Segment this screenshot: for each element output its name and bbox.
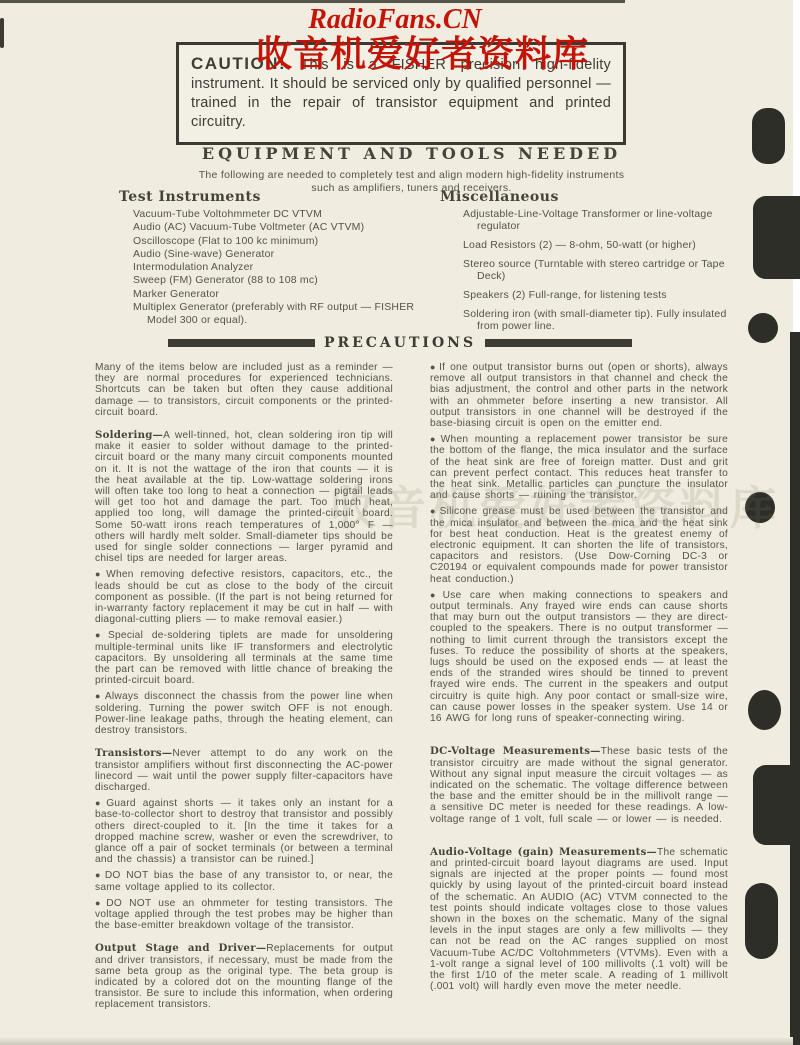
- bullet-icon: ●: [95, 630, 105, 640]
- list-item: Speakers (2) Full-range, for listening t…: [463, 289, 735, 301]
- paragraph: Many of the items below are included jus…: [95, 362, 393, 418]
- rule-right: [485, 339, 632, 347]
- scan-edge-right: [790, 332, 800, 1045]
- list-item: Sweep (FM) Generator (88 to 108 mc): [133, 274, 428, 287]
- paragraph: Output Stage and Driver—Replacements for…: [95, 943, 393, 1010]
- binder-mark: [752, 108, 785, 164]
- paragraph-lead: Transistors—: [95, 747, 172, 759]
- list-item: Intermodulation Analyzer: [133, 261, 428, 274]
- test-instruments-heading: Test Instruments: [119, 189, 261, 205]
- bullet-icon: ●: [430, 362, 436, 372]
- bullet-icon: ●: [95, 898, 103, 908]
- bullet-icon: ●: [95, 569, 103, 579]
- paragraph-lead: DC-Voltage Measurements—: [430, 745, 601, 757]
- precautions-header: PRECAUTIONS: [168, 335, 632, 351]
- paragraph: ●Use care when making connections to spe…: [430, 590, 728, 724]
- list-item: Stereo source (Turntable with stereo car…: [463, 258, 735, 282]
- paragraph: ●Special de-soldering tiplets are made f…: [95, 630, 393, 686]
- binder-tab: [753, 196, 800, 279]
- list-item: Audio (Sine-wave) Generator: [133, 248, 428, 261]
- precautions-left-column: Many of the items below are included jus…: [95, 362, 393, 1011]
- precautions-title: PRECAUTIONS: [324, 335, 476, 351]
- paragraph: ●If one output transistor burns out (ope…: [430, 362, 728, 429]
- bullet-icon: ●: [95, 798, 103, 808]
- list-item: Load Resistors (2) — 8-ohm, 50-watt (or …: [463, 239, 735, 251]
- rule-left: [168, 339, 315, 347]
- paragraph: ●Always disconnect the chassis from the …: [95, 691, 393, 736]
- paragraph: ●Guard against shorts — it takes only an…: [95, 798, 393, 865]
- bullet-icon: ●: [95, 870, 102, 880]
- binder-hole: [748, 313, 778, 343]
- miscellaneous-list: Adjustable-Line-Voltage Transformer or l…: [463, 208, 735, 339]
- paragraph: Audio-Voltage (gain) Measurements—The sc…: [430, 847, 728, 993]
- paragraph: ●DO NOT bias the base of any transistor …: [95, 870, 393, 892]
- miscellaneous-heading: Miscellaneous: [440, 189, 559, 205]
- watermark-faint-center: 收音机爱好者资料库: [330, 472, 780, 538]
- equipment-subtitle-line1: The following are needed to completely t…: [95, 169, 728, 182]
- paragraph: ●When removing defective resistors, capa…: [95, 569, 393, 625]
- equipment-title: EQUIPMENT AND TOOLS NEEDED: [95, 144, 728, 163]
- paragraph-lead: Output Stage and Driver—: [95, 942, 266, 954]
- scan-edge-bottom: [0, 1037, 793, 1045]
- paragraph: DC-Voltage Measurements—These basic test…: [430, 746, 728, 824]
- binder-hole: [748, 690, 781, 730]
- list-item: Oscilloscope (Flat to 100 kc minimum): [133, 235, 428, 248]
- precautions-right-column: ●If one output transistor burns out (ope…: [430, 362, 728, 992]
- paragraph: Transistors—Never attempt to do any work…: [95, 748, 393, 793]
- list-item: Multiplex Generator (preferably with RF …: [133, 301, 428, 328]
- list-item: Soldering iron (with small-diameter tip)…: [463, 308, 735, 332]
- bullet-icon: ●: [430, 434, 438, 444]
- paragraph-lead: Soldering—: [95, 429, 163, 441]
- list-item: Adjustable-Line-Voltage Transformer or l…: [463, 208, 735, 232]
- binder-tab: [753, 765, 800, 845]
- list-item: Marker Generator: [133, 288, 428, 301]
- bullet-icon: ●: [430, 590, 440, 600]
- paragraph-lead: Audio-Voltage (gain) Measurements—: [430, 846, 657, 858]
- test-instruments-list: Vacuum-Tube Voltohmmeter DC VTVMAudio (A…: [133, 208, 428, 328]
- binder-mark: [745, 883, 778, 959]
- watermark-chinese: 收音机爱好者资料库: [256, 26, 589, 77]
- scan-edge-smudge: [0, 18, 4, 48]
- bullet-icon: ●: [95, 691, 102, 701]
- list-item: Vacuum-Tube Voltohmmeter DC VTVM: [133, 208, 428, 221]
- scan-edge-top: [0, 0, 625, 3]
- list-item: Audio (AC) Vacuum-Tube Voltmeter (AC VTV…: [133, 221, 428, 234]
- paragraph: ●DO NOT use an ohmmeter for testing tran…: [95, 898, 393, 932]
